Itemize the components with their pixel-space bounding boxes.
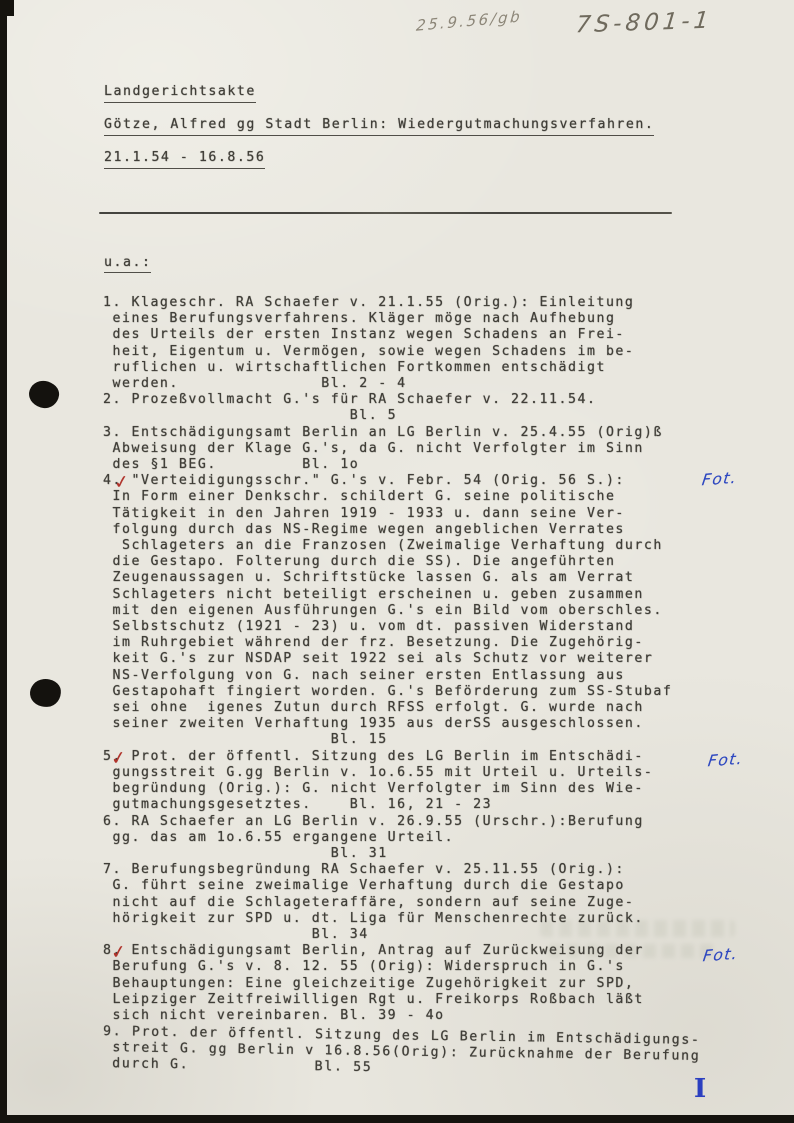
margin-note-fot-entry-8: Fot. <box>702 945 740 966</box>
akte-entry-2: 2. Prozeßvollmacht G.'s für RA Schaefer … <box>103 392 701 424</box>
punch-hole-top <box>27 379 60 410</box>
akte-entry-7: 7. Berufungsbegründung RA Schaefer v. 25… <box>103 862 701 943</box>
akte-entry-8: 8. Entschädigungsamt Berlin, Antrag auf … <box>103 943 701 1024</box>
akte-entry-9: 9. Prot. der öffentl. Sitzung des LG Ber… <box>102 1024 700 1081</box>
date-range-line: 21.1.54 - 16.8.56 <box>104 150 265 169</box>
akte-entry-1: 1. Klageschr. RA Schaefer v. 21.1.55 (Or… <box>103 295 701 392</box>
red-checkmark-entry-5: ✓ <box>110 747 128 770</box>
scan-edge-bottom <box>0 1115 794 1123</box>
handwritten-signature-code: 7S-801-1 <box>575 8 714 39</box>
red-checkmark-entry-8: ✓ <box>110 941 128 964</box>
document-title: Landgerichtsakte <box>104 84 256 103</box>
handwritten-date-note: 25.9.56/gb <box>415 7 523 34</box>
document-header: Landgerichtsakte Götze, Alfred gg Stadt … <box>104 84 654 183</box>
section-label: u.a.: <box>104 255 151 273</box>
punch-hole-bottom <box>29 677 63 708</box>
akte-entry-6: 6. RA Schaefer an LG Berlin v. 26.9.55 (… <box>103 814 701 863</box>
entry-list: 1. Klageschr. RA Schaefer v. 21.1.55 (Or… <box>103 295 701 1073</box>
margin-note-fot-entry-4: Fot. <box>701 469 739 490</box>
divider-line <box>99 212 672 214</box>
case-title-line: Götze, Alfred gg Stadt Berlin: Wiedergut… <box>104 117 654 136</box>
akte-entry-3: 3. Entschädigungsamt Berlin an LG Berlin… <box>103 425 701 474</box>
akte-entry-5: 5. Prot. der öffentl. Sitzung des LG Ber… <box>103 749 701 814</box>
document-page: 25.9.56/gb 7S-801-1 Landgerichtsakte Göt… <box>0 0 794 1123</box>
red-checkmark-entry-4: ✓ <box>113 471 131 494</box>
akte-entry-4: 4. "Verteidigungsschr." G.'s v. Febr. 54… <box>103 473 701 748</box>
scan-corner-top-left <box>0 0 14 16</box>
scan-edge-left <box>0 0 7 1123</box>
handwritten-page-number: I <box>694 1074 706 1104</box>
margin-note-fot-entry-5: Fot. <box>707 750 745 771</box>
